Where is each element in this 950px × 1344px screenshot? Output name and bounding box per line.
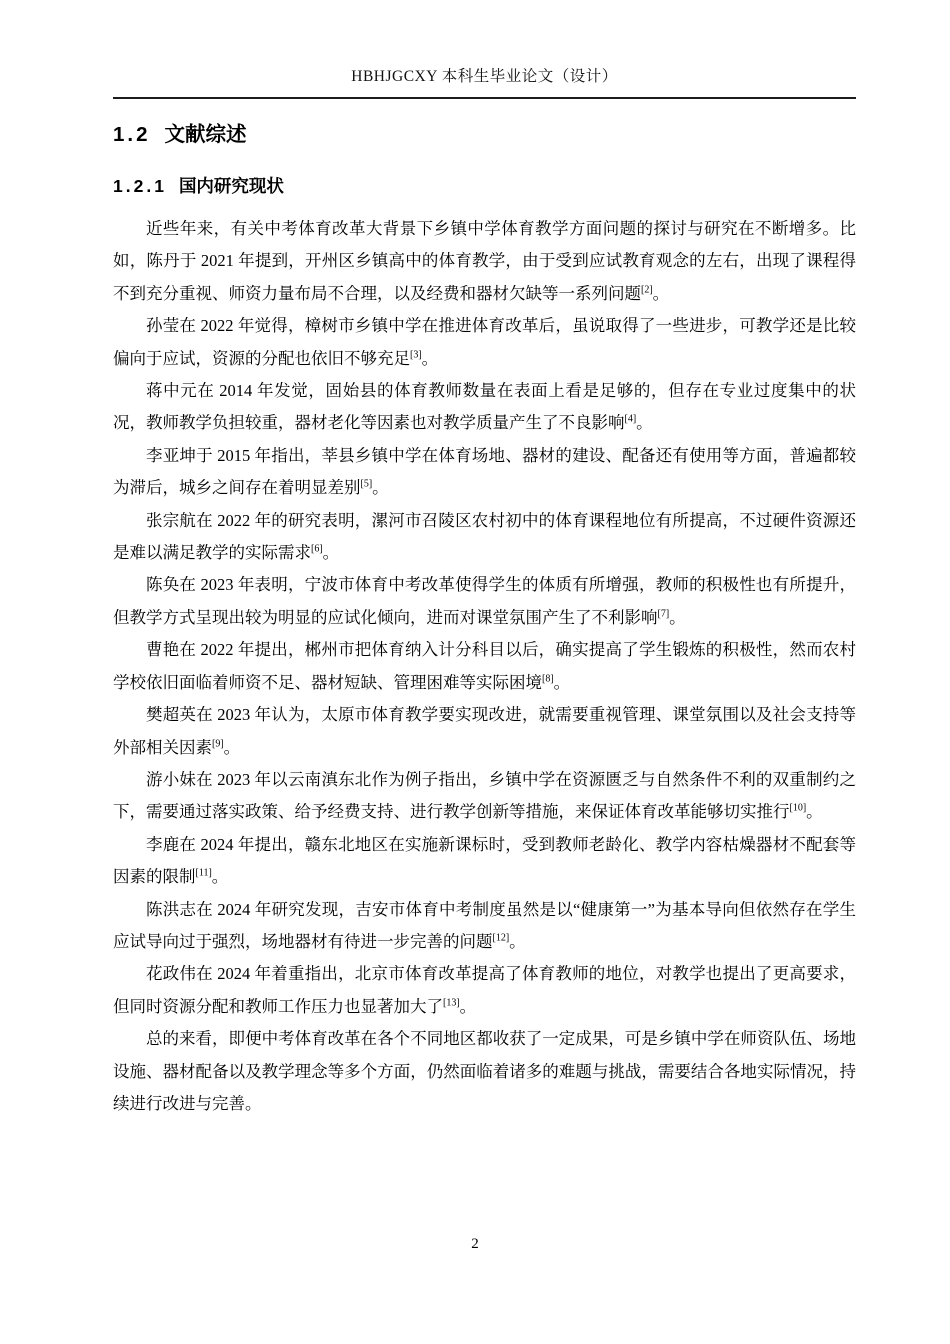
paragraph-text: 张宗航在 2022 年的研究表明，漯河市召陵区农村初中的体育课程地位有所提高，不… — [113, 511, 856, 562]
citation-ref: [3] — [410, 349, 422, 360]
paragraph-text: 陈洪志在 2024 年研究发现，吉安市体育中考制度虽然是以“健康第一”为基本导向… — [113, 900, 856, 951]
citation-ref: [11] — [196, 868, 212, 879]
header-rule — [113, 97, 856, 99]
paragraph: 陈奂在 2023 年表明，宁波市体育中考改革使得学生的体质有所增强，教师的积极性… — [113, 569, 856, 634]
citation-ref: [4] — [625, 414, 637, 425]
paragraph-text: 曹艳在 2022 年提出，郴州市把体育纳入计分科目以后，确实提高了学生锻炼的积极… — [113, 640, 856, 691]
paragraph-tail: 。 — [669, 608, 686, 627]
citation-ref: [10] — [790, 803, 807, 814]
paragraph: 李鹿在 2024 年提出，赣东北地区在实施新课标时，受到教师老龄化、教学内容枯燥… — [113, 829, 856, 894]
paragraph-text: 孙莹在 2022 年觉得，樟树市乡镇中学在推进体育改革后，虽说取得了一些进步，可… — [113, 316, 856, 367]
paragraph-text: 李亚坤于 2015 年指出，莘县乡镇中学在体育场地、器材的建设、配备还有使用等方… — [113, 446, 856, 497]
paragraph-tail: 。 — [554, 673, 571, 692]
paragraph-tail: 。 — [653, 284, 670, 303]
paragraph-text: 近些年来，有关中考体育改革大背景下乡镇中学体育教学方面问题的探讨与研究在不断增多… — [113, 219, 856, 303]
paragraph-text: 蒋中元在 2014 年发觉，固始县的体育教师数量在表面上看是足够的，但存在专业过… — [113, 381, 856, 432]
paragraph-tail: 。 — [422, 349, 439, 368]
paragraph: 孙莹在 2022 年觉得，樟树市乡镇中学在推进体育改革后，虽说取得了一些进步，可… — [113, 310, 856, 375]
paragraph-tail: 。 — [806, 802, 823, 821]
paragraph: 游小妹在 2023 年以云南滇东北作为例子指出，乡镇中学在资源匮乏与自然条件不利… — [113, 764, 856, 829]
citation-ref: [7] — [658, 608, 670, 619]
paragraph-tail: 。 — [509, 932, 526, 951]
body-text: 近些年来，有关中考体育改革大背景下乡镇中学体育教学方面问题的探讨与研究在不断增多… — [113, 213, 856, 1120]
paragraph: 总的来看，即便中考体育改革在各个不同地区都收获了一定成果，可是乡镇中学在师资队伍… — [113, 1023, 856, 1120]
paragraph: 樊超英在 2023 年认为，太原市体育教学要实现改进，就需要重视管理、课堂氛围以… — [113, 699, 856, 764]
subsection-title: 国内研究现状 — [179, 176, 284, 196]
paragraph: 花政伟在 2024 年着重指出，北京市体育改革提高了体育教师的地位，对教学也提出… — [113, 958, 856, 1023]
paragraph-text: 陈奂在 2023 年表明，宁波市体育中考改革使得学生的体质有所增强，教师的积极性… — [113, 575, 856, 626]
paragraph: 蒋中元在 2014 年发觉，固始县的体育教师数量在表面上看是足够的，但存在专业过… — [113, 375, 856, 440]
paragraph-text: 总的来看，即便中考体育改革在各个不同地区都收获了一定成果，可是乡镇中学在师资队伍… — [113, 1029, 856, 1113]
running-header: HBHJGCXY 本科生毕业论文（设计） — [113, 66, 856, 88]
paragraph: 李亚坤于 2015 年指出，莘县乡镇中学在体育场地、器材的建设、配备还有使用等方… — [113, 440, 856, 505]
paragraph: 曹艳在 2022 年提出，郴州市把体育纳入计分科目以后，确实提高了学生锻炼的积极… — [113, 634, 856, 699]
paragraph-tail: 。 — [224, 738, 241, 757]
paragraph-tail: 。 — [323, 543, 340, 562]
subsection-number: 1.2.1 — [113, 176, 167, 196]
citation-ref: [5] — [361, 479, 373, 490]
subsection-heading: 1.2.1国内研究现状 — [113, 174, 856, 198]
paragraph: 近些年来，有关中考体育改革大背景下乡镇中学体育教学方面问题的探讨与研究在不断增多… — [113, 213, 856, 310]
citation-ref: [9] — [212, 738, 224, 749]
paragraph-tail: 。 — [212, 867, 229, 886]
section-number: 1.2 — [113, 123, 151, 146]
page-number: 2 — [0, 1236, 950, 1253]
paragraph: 张宗航在 2022 年的研究表明，漯河市召陵区农村初中的体育课程地位有所提高，不… — [113, 505, 856, 570]
citation-ref: [12] — [493, 932, 510, 943]
citation-ref: [6] — [311, 544, 323, 555]
citation-ref: [2] — [641, 284, 653, 295]
citation-ref: [13] — [443, 997, 460, 1008]
document-page: HBHJGCXY 本科生毕业论文（设计） 1.2文献综述 1.2.1国内研究现状… — [0, 0, 950, 1344]
paragraph-tail: 。 — [636, 413, 653, 432]
citation-ref: [8] — [542, 673, 554, 684]
paragraph-tail: 。 — [460, 997, 477, 1016]
paragraph-text: 花政伟在 2024 年着重指出，北京市体育改革提高了体育教师的地位，对教学也提出… — [113, 964, 856, 1015]
section-title: 文献综述 — [165, 123, 247, 146]
section-heading: 1.2文献综述 — [113, 121, 856, 149]
paragraph-text: 游小妹在 2023 年以云南滇东北作为例子指出，乡镇中学在资源匮乏与自然条件不利… — [113, 770, 856, 821]
paragraph-tail: 。 — [372, 478, 389, 497]
paragraph: 陈洪志在 2024 年研究发现，吉安市体育中考制度虽然是以“健康第一”为基本导向… — [113, 894, 856, 959]
